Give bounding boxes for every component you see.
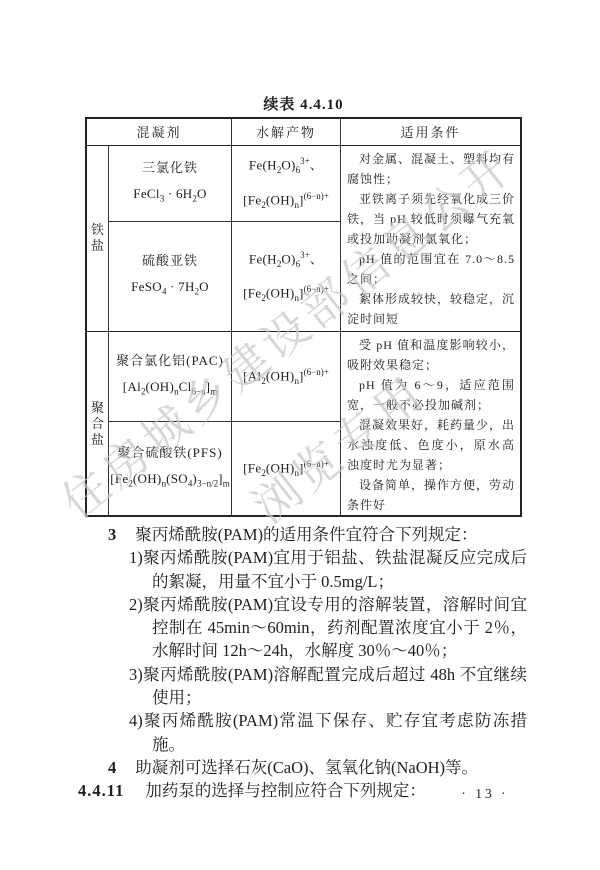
condition-paragraph: pH 值的范围宜在 7.0～8.5 之间； [347, 249, 515, 289]
cell-pfs: 聚合硫酸铁(PFS) [Fe2(OH)n(SO4)3−n/2]m [109, 422, 231, 515]
chem-name: 聚合氯化铝(PAC) [116, 348, 224, 374]
header-coagulant: 混凝剂 [87, 119, 232, 145]
coagulant-table: 混凝剂 水解产物 适用条件 铁盐 三氯化铁 FeCl3 · 6H2O 硫酸亚铁 … [85, 117, 522, 517]
chem-formula: FeCl3 · 6H2O [133, 181, 206, 212]
chem-name: 硫酸亚铁 [142, 248, 198, 274]
chem-formula: [Al2(OH)nCl6−n]m [123, 374, 218, 405]
cell-pac: 聚合氯化铝(PAC) [Al2(OH)nCl6−n]m [109, 332, 231, 422]
condition-paragraph: 对金属、混凝土、塑料均有腐蚀性； [347, 149, 515, 189]
hydrolysis-formula: Fe(H2O)63+、[Fe2(OH)n](6−n)+ [243, 148, 329, 218]
item-marker: 3) [129, 665, 143, 684]
column-coagulant-names: 三氯化铁 FeCl3 · 6H2O 硫酸亚铁 FeSO4 · 7H2O [109, 146, 232, 331]
condition-paragraph: 混凝效果好，耗药量少，出水浊度低、色度小，原水高浊度时尤为显著； [347, 415, 515, 475]
column-hydrolysis-products: [Al2(OH)n](6−n)+ [Fe2(OH)n](6−n)+ [232, 332, 341, 515]
condition-paragraph: 受 pH 值和温度影响较小，吸附效果稳定； [347, 335, 515, 375]
cell-conditions-iron: 对金属、混凝土、塑料均有腐蚀性； 亚铁离子须先经氧化成三价铁，当 pH 较低时须… [341, 146, 520, 331]
clause-4: 4助凝剂可选择石灰(CaO)、氢氧化钠(NaOH)等。 [75, 756, 527, 779]
chem-formula: [Fe2(OH)n(SO4)3−n/2]m [110, 466, 230, 497]
hydrolysis-formula: Fe(H2O)63+、[Fe2(OH)n](6−n)+ [243, 242, 329, 312]
list-item-4: 4)聚丙烯酰胺(PAM)常温下保存、贮存宜考虑防冻措施。 [75, 709, 527, 756]
list-item-3: 3)聚丙烯酰胺(PAM)溶解配置完成后超过 48h 不宜继续使用； [75, 663, 527, 710]
clause-text: 聚丙烯酰胺(PAM)的适用条件宜符合下列规定： [135, 525, 477, 544]
section-text: 加药泵的选择与控制应符合下列规定： [145, 781, 426, 800]
header-applicable-conditions: 适用条件 [341, 119, 520, 145]
condition-paragraph: pH 值为 6～9，适应范围宽，一般不必投加碱剂； [347, 375, 515, 415]
condition-paragraph: 絮体形成较快，较稳定，沉淀时间短 [347, 289, 515, 329]
condition-paragraph: 设备简单，操作方便，劳动条件好 [347, 475, 515, 515]
group-label-polymer: 聚合盐 [87, 332, 109, 515]
header-hydrolysis-product: 水解产物 [232, 119, 341, 145]
item-text: 聚丙烯酰胺(PAM)宜用于铝盐、铁盐混凝反应完成后的絮凝，用量不宜小于 0.5m… [143, 548, 527, 590]
clause-number: 4 [108, 758, 116, 777]
cell-hydrolysis-1: Fe(H2O)63+、[Fe2(OH)n](6−n)+ [232, 146, 340, 222]
table-header-row: 混凝剂 水解产物 适用条件 [87, 119, 520, 146]
clause-text: 助凝剂可选择石灰(CaO)、氢氧化钠(NaOH)等。 [135, 758, 478, 777]
group-label-iron: 铁盐 [87, 146, 109, 331]
item-text: 聚丙烯酰胺(PAM)溶解配置完成后超过 48h 不宜继续使用； [143, 665, 527, 707]
chem-name: 聚合硫酸铁(PFS) [117, 440, 222, 466]
table-title: 续表 4.4.10 [85, 93, 522, 114]
document-page: 续表 4.4.10 混凝剂 水解产物 适用条件 铁盐 三氯化铁 FeCl3 · … [0, 0, 600, 870]
clause-number: 3 [108, 525, 116, 544]
group-polymer-salts: 聚合盐 聚合氯化铝(PAC) [Al2(OH)nCl6−n]m 聚合硫酸铁(PF… [87, 332, 520, 515]
list-item-2: 2)聚丙烯酰胺(PAM)宜设专用的溶解装置，溶解时间宜控制在 45min～60m… [75, 593, 527, 663]
item-marker: 2) [129, 595, 143, 614]
condition-paragraph: 亚铁离子须先经氧化成三价铁，当 pH 较低时须曝气充氧或投加助凝剂氯氧化； [347, 189, 515, 249]
list-item-1: 1)聚丙烯酰胺(PAM)宜用于铝盐、铁盐混凝反应完成后的絮凝，用量不宜小于 0.… [75, 546, 527, 593]
item-text: 聚丙烯酰胺(PAM)宜设专用的溶解装置，溶解时间宜控制在 45min～60min… [143, 595, 527, 661]
cell-ferric-chloride: 三氯化铁 FeCl3 · 6H2O [109, 146, 231, 222]
column-coagulant-names: 聚合氯化铝(PAC) [Al2(OH)nCl6−n]m 聚合硫酸铁(PFS) [… [109, 332, 232, 515]
cell-hydrolysis-pfs: [Fe2(OH)n](6−n)+ [232, 422, 340, 515]
cell-hydrolysis-pac: [Al2(OH)n](6−n)+ [232, 332, 340, 422]
hydrolysis-formula: [Fe2(OH)n](6−n)+ [243, 451, 329, 486]
column-hydrolysis-products: Fe(H2O)63+、[Fe2(OH)n](6−n)+ Fe(H2O)63+、[… [232, 146, 341, 331]
page-number: · 13 · [445, 786, 525, 802]
chem-formula: FeSO4 · 7H2O [131, 274, 209, 305]
cell-hydrolysis-2: Fe(H2O)63+、[Fe2(OH)n](6−n)+ [232, 222, 340, 331]
group-iron-salts: 铁盐 三氯化铁 FeCl3 · 6H2O 硫酸亚铁 FeSO4 · 7H2O F… [87, 146, 520, 332]
cell-conditions-polymer: 受 pH 值和温度影响较小，吸附效果稳定； pH 值为 6～9，适应范围宽，一般… [341, 332, 520, 515]
chem-name: 三氯化铁 [142, 155, 198, 181]
cell-ferrous-sulfate: 硫酸亚铁 FeSO4 · 7H2O [109, 222, 231, 331]
item-marker: 1) [129, 548, 143, 567]
hydrolysis-formula: [Al2(OH)n](6−n)+ [243, 359, 329, 394]
clause-3: 3聚丙烯酰胺(PAM)的适用条件宜符合下列规定： [75, 523, 527, 546]
body-text: 3聚丙烯酰胺(PAM)的适用条件宜符合下列规定： 1)聚丙烯酰胺(PAM)宜用于… [75, 523, 527, 803]
item-text: 聚丙烯酰胺(PAM)常温下保存、贮存宜考虑防冻措施。 [143, 711, 527, 753]
item-marker: 4) [129, 711, 143, 730]
section-number: 4.4.11 [78, 781, 124, 800]
